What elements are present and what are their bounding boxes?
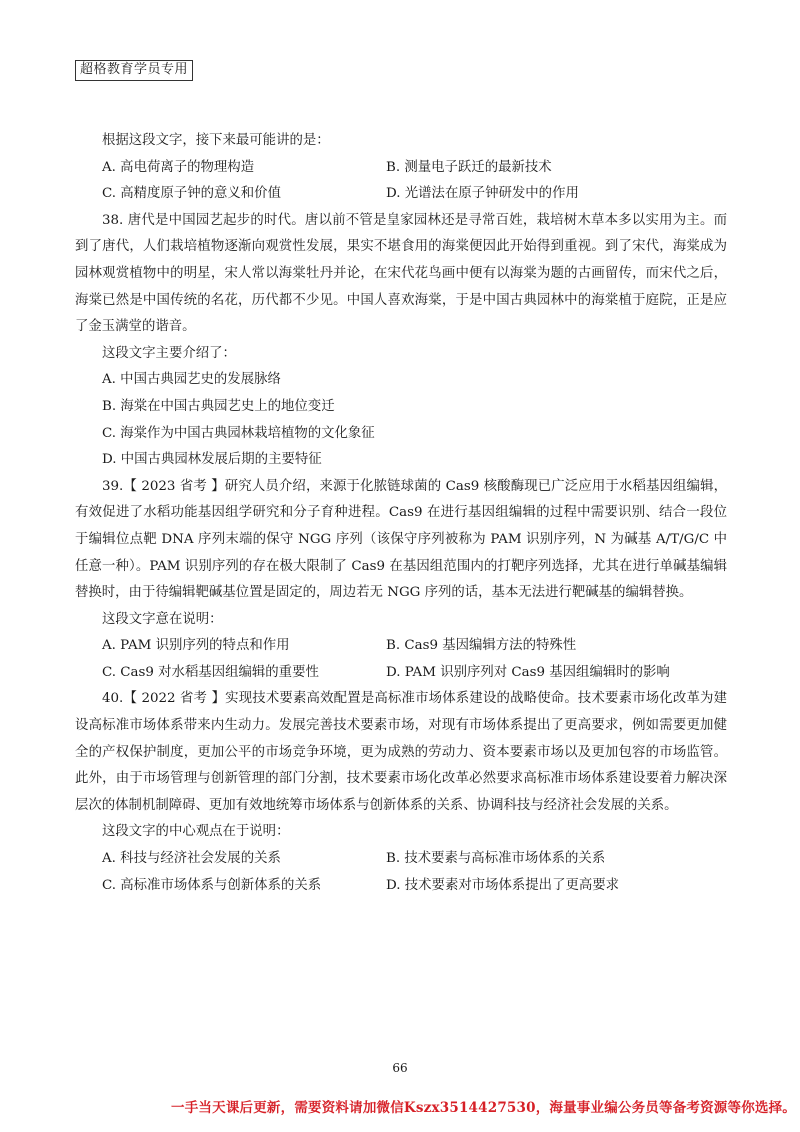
question-passage: 40.【 2022 省考 】实现技术要素高效配置是高标准市场体系建设的战略使命。… [75,686,727,819]
option-b: B. 技术要素与高标准市场体系的关系 [386,846,727,873]
option-b: B. 海棠在中国古典园艺史上的地位变迁 [75,394,727,421]
option-c: C. 高标准市场体系与创新体系的关系 [102,873,386,900]
question-stem: 根据这段文字，接下来最可能讲的是： [75,128,727,155]
option-a: A. PAM 识别序列的特点和作用 [102,633,386,660]
question-passage: 39.【 2023 省考 】研究人员介绍，来源于化脓链球菌的 Cas9 核酸酶现… [75,474,727,607]
option-b: B. 测量电子跃迁的最新技术 [386,155,727,182]
option-c: C. 海棠作为中国古典园林栽培植物的文化象征 [75,421,727,448]
question-stem: 这段文字的中心观点在于说明： [75,819,727,846]
question-40: 40.【 2022 省考 】实现技术要素高效配置是高标准市场体系建设的战略使命。… [75,686,727,899]
question-stem: 这段文字意在说明： [75,607,727,634]
question-stem: 这段文字主要介绍了： [75,341,727,368]
option-c: C. 高精度原子钟的意义和价值 [102,181,386,208]
question-37: 根据这段文字，接下来最可能讲的是： A. 高电荷离子的物理构造 B. 测量电子跃… [75,128,727,208]
option-a: A. 科技与经济社会发展的关系 [102,846,386,873]
option-d: D. 中国古典园林发展后期的主要特征 [75,447,727,474]
question-39: 39.【 2023 省考 】研究人员介绍，来源于化脓链球菌的 Cas9 核酸酶现… [75,474,727,687]
watermark-stamp: 超格教育学员专用 [75,60,193,81]
option-b: B. Cas9 基因编辑方法的特殊性 [386,633,727,660]
options-row-cd: C. 高精度原子钟的意义和价值 D. 光谱法在原子钟研发中的作用 [75,181,727,208]
option-a: A. 高电荷离子的物理构造 [102,155,386,182]
option-d: D. 技术要素对市场体系提出了更高要求 [386,873,727,900]
option-d: D. PAM 识别序列对 Cas9 基因组编辑时的影响 [386,660,727,687]
page-number: 66 [0,1060,800,1076]
question-passage: 38. 唐代是中国园艺起步的时代。唐以前不管是皇家园林还是寻常百姓，栽培树木草本… [75,208,727,341]
question-38: 38. 唐代是中国园艺起步的时代。唐以前不管是皇家园林还是寻常百姓，栽培树木草本… [75,208,727,474]
options-row-ab: A. PAM 识别序列的特点和作用 B. Cas9 基因编辑方法的特殊性 [75,633,727,660]
page-content: 根据这段文字，接下来最可能讲的是： A. 高电荷离子的物理构造 B. 测量电子跃… [75,128,727,899]
option-d: D. 光谱法在原子钟研发中的作用 [386,181,727,208]
options-row-ab: A. 高电荷离子的物理构造 B. 测量电子跃迁的最新技术 [75,155,727,182]
option-a: A. 中国古典园艺史的发展脉络 [75,367,727,394]
options-row-ab: A. 科技与经济社会发展的关系 B. 技术要素与高标准市场体系的关系 [75,846,727,873]
footer-ad-text: 一手当天课后更新，需要资料请加微信Kszx3514427530，海量事业编公务员… [0,1099,796,1117]
option-c: C. Cas9 对水稻基因组编辑的重要性 [102,660,386,687]
options-row-cd: C. Cas9 对水稻基因组编辑的重要性 D. PAM 识别序列对 Cas9 基… [75,660,727,687]
options-row-cd: C. 高标准市场体系与创新体系的关系 D. 技术要素对市场体系提出了更高要求 [75,873,727,900]
